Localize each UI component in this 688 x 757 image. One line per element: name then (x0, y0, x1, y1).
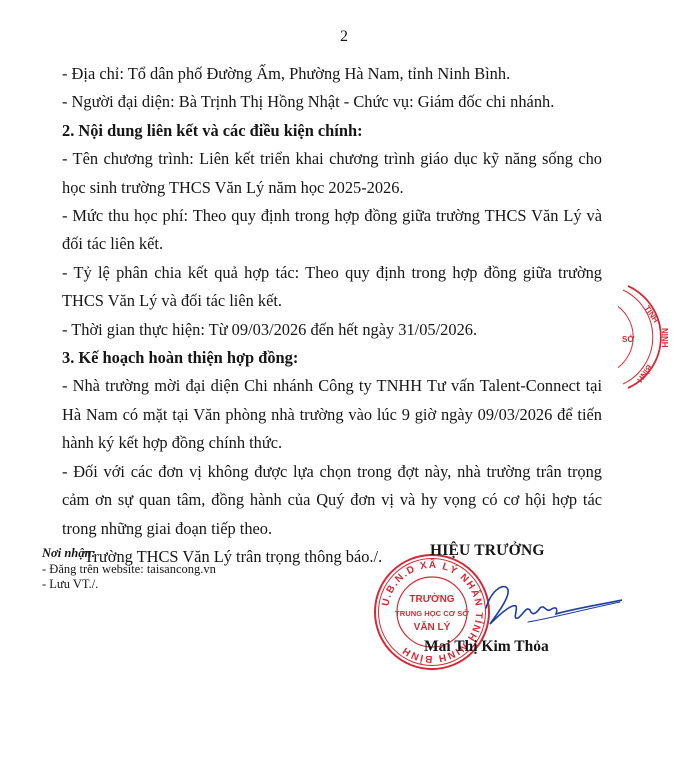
invitation-item: - Nhà trường mời đại diện Chi nhánh Công… (62, 372, 602, 457)
profit-share-item: - Tỷ lệ phân chia kết quả hợp tác: Theo … (62, 259, 602, 316)
section-3-heading: 3. Kế hoạch hoàn thiện hợp đồng: (62, 344, 602, 372)
handwritten-signature-icon (472, 578, 622, 638)
recipient-item: - Đăng trên website: taisancong.vn (42, 562, 216, 578)
signer-name: Mai Thị Kim Thỏa (424, 638, 549, 656)
document-body: - Địa chỉ: Tổ dân phố Đường Ấm, Phường H… (62, 60, 602, 571)
svg-text:NINH: NINH (660, 328, 669, 348)
address-line: - Địa chỉ: Tổ dân phố Đường Ấm, Phường H… (62, 60, 602, 88)
partial-stamp-icon: TỈNH NINH BÌNH SỞ (618, 282, 688, 392)
duration-item: - Thời gian thực hiện: Từ 09/03/2026 đến… (62, 316, 602, 344)
page-number: 2 (0, 28, 688, 46)
representative-line: - Người đại diện: Bà Trịnh Thị Hồng Nhật… (62, 88, 602, 116)
recipients-block: Nơi nhận: - Đăng trên website: taisancon… (42, 546, 216, 593)
svg-text:TRUNG HỌC CƠ SỞ: TRUNG HỌC CƠ SỞ (395, 609, 469, 618)
svg-text:TRƯỜNG: TRƯỜNG (409, 592, 454, 605)
tuition-item: - Mức thu học phí: Theo quy định trong h… (62, 202, 602, 259)
svg-text:VĂN LÝ: VĂN LÝ (414, 620, 451, 633)
thanks-item: - Đối với các đơn vị không được lựa chọn… (62, 458, 602, 543)
section-2-heading: 2. Nội dung liên kết và các điều kiện ch… (62, 117, 602, 145)
program-name-item: - Tên chương trình: Liên kết triển khai … (62, 145, 602, 202)
svg-text:SỞ: SỞ (622, 335, 634, 344)
signer-title: HIỆU TRƯỞNG (430, 542, 545, 560)
signature-block: U.B.N.D XÃ LÝ NHÂN TỈNH NINH BÌNH TRƯỜNG… (380, 540, 620, 680)
recipients-title: Nơi nhận: (42, 546, 216, 562)
recipient-item: - Lưu VT./. (42, 577, 216, 593)
